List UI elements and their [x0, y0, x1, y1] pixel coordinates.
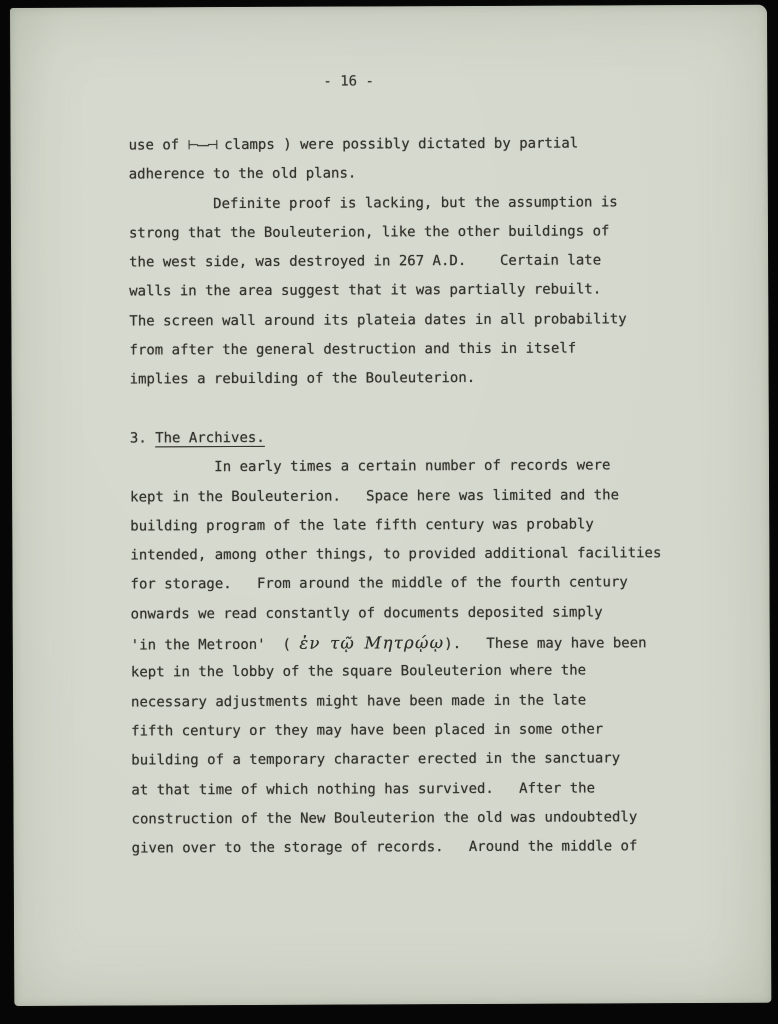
text-segment: clamps ) were possibly dictated by parti… [216, 136, 579, 154]
text-segment: The screen wall around its plateia dates… [129, 311, 626, 329]
text-segment: walls in the area suggest that it was pa… [129, 282, 601, 300]
text-line: kept in the Bouleuterion. Space here was… [130, 481, 661, 513]
text-segment: fifth century or they may have been plac… [131, 721, 603, 739]
text-segment: from after the general destruction and t… [129, 341, 576, 359]
text-line: fifth century or they may have been plac… [131, 715, 662, 747]
text-line: construction of the New Bouleuterion the… [131, 803, 662, 835]
text-segment: onwards we read constantly of documents … [131, 604, 603, 622]
greek-handwriting: ἐν τῷ Μητρῴῳ [299, 633, 444, 653]
text-line: 'in the Metroon' ( ἐν τῷ Μητρῴῳ). These … [131, 627, 662, 659]
text-line: adherence to the old plans. [129, 158, 660, 190]
text-segment: In early times a certain number of recor… [130, 458, 611, 476]
text-line: 3. The Archives. [130, 422, 661, 454]
text-segment: implies a rebuilding of the Bouleuterion… [130, 370, 476, 388]
text-segment: for storage. From around the middle of t… [130, 575, 627, 593]
text-line: building of a temporary character erecte… [131, 744, 662, 776]
text-segment: construction of the New Bouleuterion the… [132, 809, 638, 827]
text-line: The screen wall around its plateia dates… [129, 305, 660, 337]
document-page: - 16 - use of ⊢—⊣ clamps ) were possibly… [10, 5, 771, 1006]
text-segment: intended, among other things, to provide… [130, 545, 661, 563]
typewritten-text: use of ⊢—⊣ clamps ) were possibly dictat… [129, 129, 663, 864]
text-line: onwards we read constantly of documents … [131, 598, 662, 630]
text-line: In early times a certain number of recor… [130, 451, 661, 483]
text-line: strong that the Bouleuterion, like the o… [129, 217, 660, 249]
text-segment: adherence to the old plans. [129, 166, 357, 183]
text-line: kept in the lobby of the square Bouleute… [131, 657, 662, 689]
text-segment: the west side, was destroyed in 267 A.D.… [129, 253, 601, 271]
text-segment: at that time of which nothing has surviv… [131, 780, 595, 798]
text-segment: building program of the late fifth centu… [130, 516, 594, 534]
text-line: Definite proof is lacking, but the assum… [129, 188, 660, 220]
text-segment: strong that the Bouleuterion, like the o… [129, 223, 610, 241]
text-segment: kept in the Bouleuterion. Space here was… [130, 487, 619, 505]
text-segment: 'in the Metroon' ( [131, 637, 300, 654]
text-segment: necessary adjustments might have been ma… [131, 692, 586, 710]
text-segment: 3. [130, 430, 155, 446]
text-line: implies a rebuilding of the Bouleuterion… [130, 364, 661, 396]
scanner-background: { "document": { "page_number": "- 16 -",… [0, 0, 778, 1024]
clamp-symbol: ⊢—⊣ [188, 138, 216, 153]
text-line: building program of the late fifth centu… [130, 510, 661, 542]
page-number: - 16 - [323, 67, 374, 96]
section-heading-underlined: The Archives. [155, 430, 265, 446]
text-line: walls in the area suggest that it was pa… [129, 276, 660, 308]
text-segment: kept in the lobby of the square Bouleute… [131, 663, 586, 681]
text-line: the west side, was destroyed in 267 A.D.… [129, 246, 660, 278]
text-line [130, 393, 661, 425]
text-segment: given over to the storage of records. Ar… [132, 838, 638, 856]
text-line: necessary adjustments might have been ma… [131, 686, 662, 718]
text-segment: Definite proof is lacking, but the assum… [129, 194, 618, 212]
text-line: intended, among other things, to provide… [130, 539, 661, 571]
text-segment: use of [129, 137, 188, 153]
text-line: given over to the storage of records. Ar… [132, 832, 663, 864]
text-line: for storage. From around the middle of t… [130, 569, 661, 601]
text-line: from after the general destruction and t… [129, 334, 660, 366]
text-segment: building of a temporary character erecte… [131, 751, 620, 769]
text-line: use of ⊢—⊣ clamps ) were possibly dictat… [129, 129, 660, 161]
text-segment: ). These may have been [444, 635, 646, 652]
text-line: at that time of which nothing has surviv… [131, 774, 662, 806]
